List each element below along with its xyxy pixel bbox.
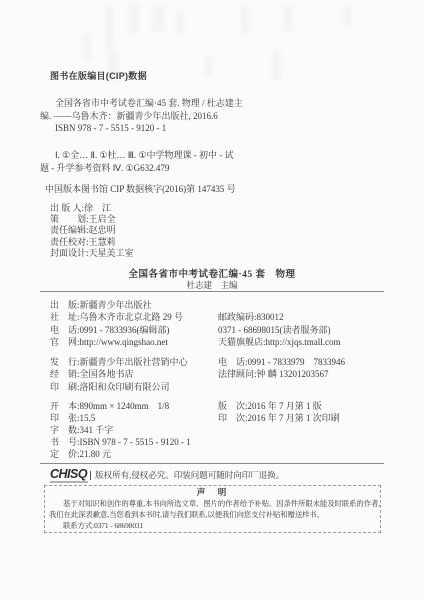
copyright-notice: 版权所有,侵权必究。印装问题可随时向印厂退换。 (95, 469, 284, 481)
cover-design-line: 封面设计:天星美工室 (50, 248, 134, 259)
publisher-brand-logo: CHISQ (50, 467, 88, 483)
pub-right: 邮政编码:830012 (218, 311, 284, 323)
cip-line: 编. ——乌鲁木齐：新疆青少年出版社, 2016.6 (40, 110, 370, 123)
pub-left: 开 本:890mm × 1240mm 1/8 (50, 400, 218, 412)
pub-row: 字 数:341 千字 (50, 424, 384, 436)
isbn-line: ISBN 978 - 7 - 5515 - 9120 - 1 (40, 122, 370, 135)
pub-row: 开 本:890mm × 1240mm 1/8 版 次:2016 年 7 月第 1… (50, 400, 384, 412)
pub-right: 印 次:2016 年 7 月第 1 次印刷 (218, 412, 340, 424)
publication-info-group-3: 开 本:890mm × 1240mm 1/8 版 次:2016 年 7 月第 1… (50, 400, 384, 460)
pub-left: 书 号:ISBN 978 - 7 - 5515 - 9120 - 1 (50, 436, 218, 448)
pub-right: 0371 - 68698015(读者服务部) (218, 324, 331, 336)
pub-left: 官 网:http://www.qingshao.net (50, 336, 218, 348)
pub-right: 版 次:2016 年 7 月第 1 版 (218, 400, 322, 412)
footer-line: CHISQ 版权所有,侵权必究。印装问题可随时向印厂退换。 (50, 467, 284, 483)
proofreader-line: 责任校对:王慧莉 (50, 237, 134, 248)
editor-line: 责任编辑:赵忠明 (50, 225, 134, 236)
publication-info-group-1: 出 版:新疆青少年出版社 社 址:乌鲁木齐市北京北路 29 号 邮政编码:830… (50, 299, 384, 349)
pub-right: 法律顾问:钟 麟 13201203567 (218, 368, 329, 380)
cip-description: 全国各省市中考试卷汇编·45 套. 物理 / 杜志建主 编. ——乌鲁木齐：新疆… (40, 97, 370, 135)
book-editor: 杜志建 主编 (0, 279, 424, 291)
pub-right: 天猫旗舰店:http://xjqs.tmall.com (218, 336, 341, 348)
publisher-person-line: 出 版 人:徐 江 (50, 203, 134, 214)
pub-left: 印 张:15.5 (50, 412, 218, 424)
cip-classification: Ⅰ. ①全… Ⅱ. ①杜… Ⅲ. ①中学物理课 - 初中 - 试 题 - 升学参… (40, 149, 370, 174)
pub-left: 印 刷:洛阳和众印刷有限公司 (50, 381, 218, 393)
cip-header: 图书在版编目(CIP)数据 (50, 69, 147, 82)
declaration-line: 我们在此深表歉意,当您看到本书时,请与我们联系,以便我们向您支付补贴和赠送样书。 (49, 509, 376, 520)
pub-left: 出 版:新疆青少年出版社 (50, 299, 218, 311)
pub-right: 电 话:0991 - 7833979 7833946 (218, 356, 345, 368)
declaration-box: 声 明 基于对知识和创作的尊重,本书向所选文章、图片的作者给予补贴。因条件所限未… (44, 485, 381, 533)
pub-row: 发 行:新疆青少年出版社营销中心 电 话:0991 - 7833979 7833… (50, 356, 384, 368)
pub-row: 社 址:乌鲁木齐市北京北路 29 号 邮政编码:830012 (50, 311, 384, 323)
planner-line: 策 划:王启全 (50, 214, 134, 225)
pub-row: 印 张:15.5 印 次:2016 年 7 月第 1 次印刷 (50, 412, 384, 424)
divider-bottom (40, 463, 384, 464)
declaration-line: 基于对知识和创作的尊重,本书向所选文章、图片的作者给予补贴。因条件所限未能及时联… (49, 498, 376, 509)
pub-row: 官 网:http://www.qingshao.net 天猫旗舰店:http:/… (50, 336, 384, 348)
logo-trademark-mark (90, 471, 91, 480)
pub-row: 经 销:全国各地书店 法律顾问:钟 麟 13201203567 (50, 368, 384, 380)
pub-left: 经 销:全国各地书店 (50, 368, 218, 380)
classification-line: 题 - 升学参考资料 Ⅳ. ①G632.479 (40, 162, 370, 175)
declaration-contact-line: 联系方式:0371 - 68698031 (49, 520, 376, 531)
cip-line: 全国各省市中考试卷汇编·45 套. 物理 / 杜志建主 (40, 97, 370, 110)
pub-left: 电 话:0991 - 7833936(编辑部) (50, 324, 218, 336)
colophon-page: { "doc": { "cip": { "header": "图书在版编目(CI… (0, 0, 424, 600)
pub-left: 字 数:341 千字 (50, 424, 218, 436)
pub-row: 出 版:新疆青少年出版社 (50, 299, 384, 311)
pub-row: 印 刷:洛阳和众印刷有限公司 (50, 381, 384, 393)
classification-line: Ⅰ. ①全… Ⅱ. ①杜… Ⅲ. ①中学物理课 - 初中 - 试 (40, 149, 370, 162)
divider-top (40, 291, 384, 292)
pub-row: 电 话:0991 - 7833936(编辑部) 0371 - 68698015(… (50, 324, 384, 336)
cip-record-number: 中国版本图书馆 CIP 数据核字(2016)第 147435 号 (45, 182, 236, 195)
pub-left: 社 址:乌鲁木齐市北京北路 29 号 (50, 311, 218, 323)
staff-credits: 出 版 人:徐 江 策 划:王启全 责任编辑:赵忠明 责任校对:王慧莉 封面设计… (50, 203, 134, 259)
publication-info-group-2: 发 行:新疆青少年出版社营销中心 电 话:0991 - 7833979 7833… (50, 356, 384, 393)
pub-left: 定 价:21.80 元 (50, 448, 218, 460)
pub-left: 发 行:新疆青少年出版社营销中心 (50, 356, 218, 368)
book-title: 全国各省市中考试卷汇编·45 套 物理 (0, 266, 424, 280)
declaration-title: 声 明 (49, 487, 376, 498)
pub-row: 书 号:ISBN 978 - 7 - 5515 - 9120 - 1 (50, 436, 384, 448)
pub-row: 定 价:21.80 元 (50, 448, 384, 460)
